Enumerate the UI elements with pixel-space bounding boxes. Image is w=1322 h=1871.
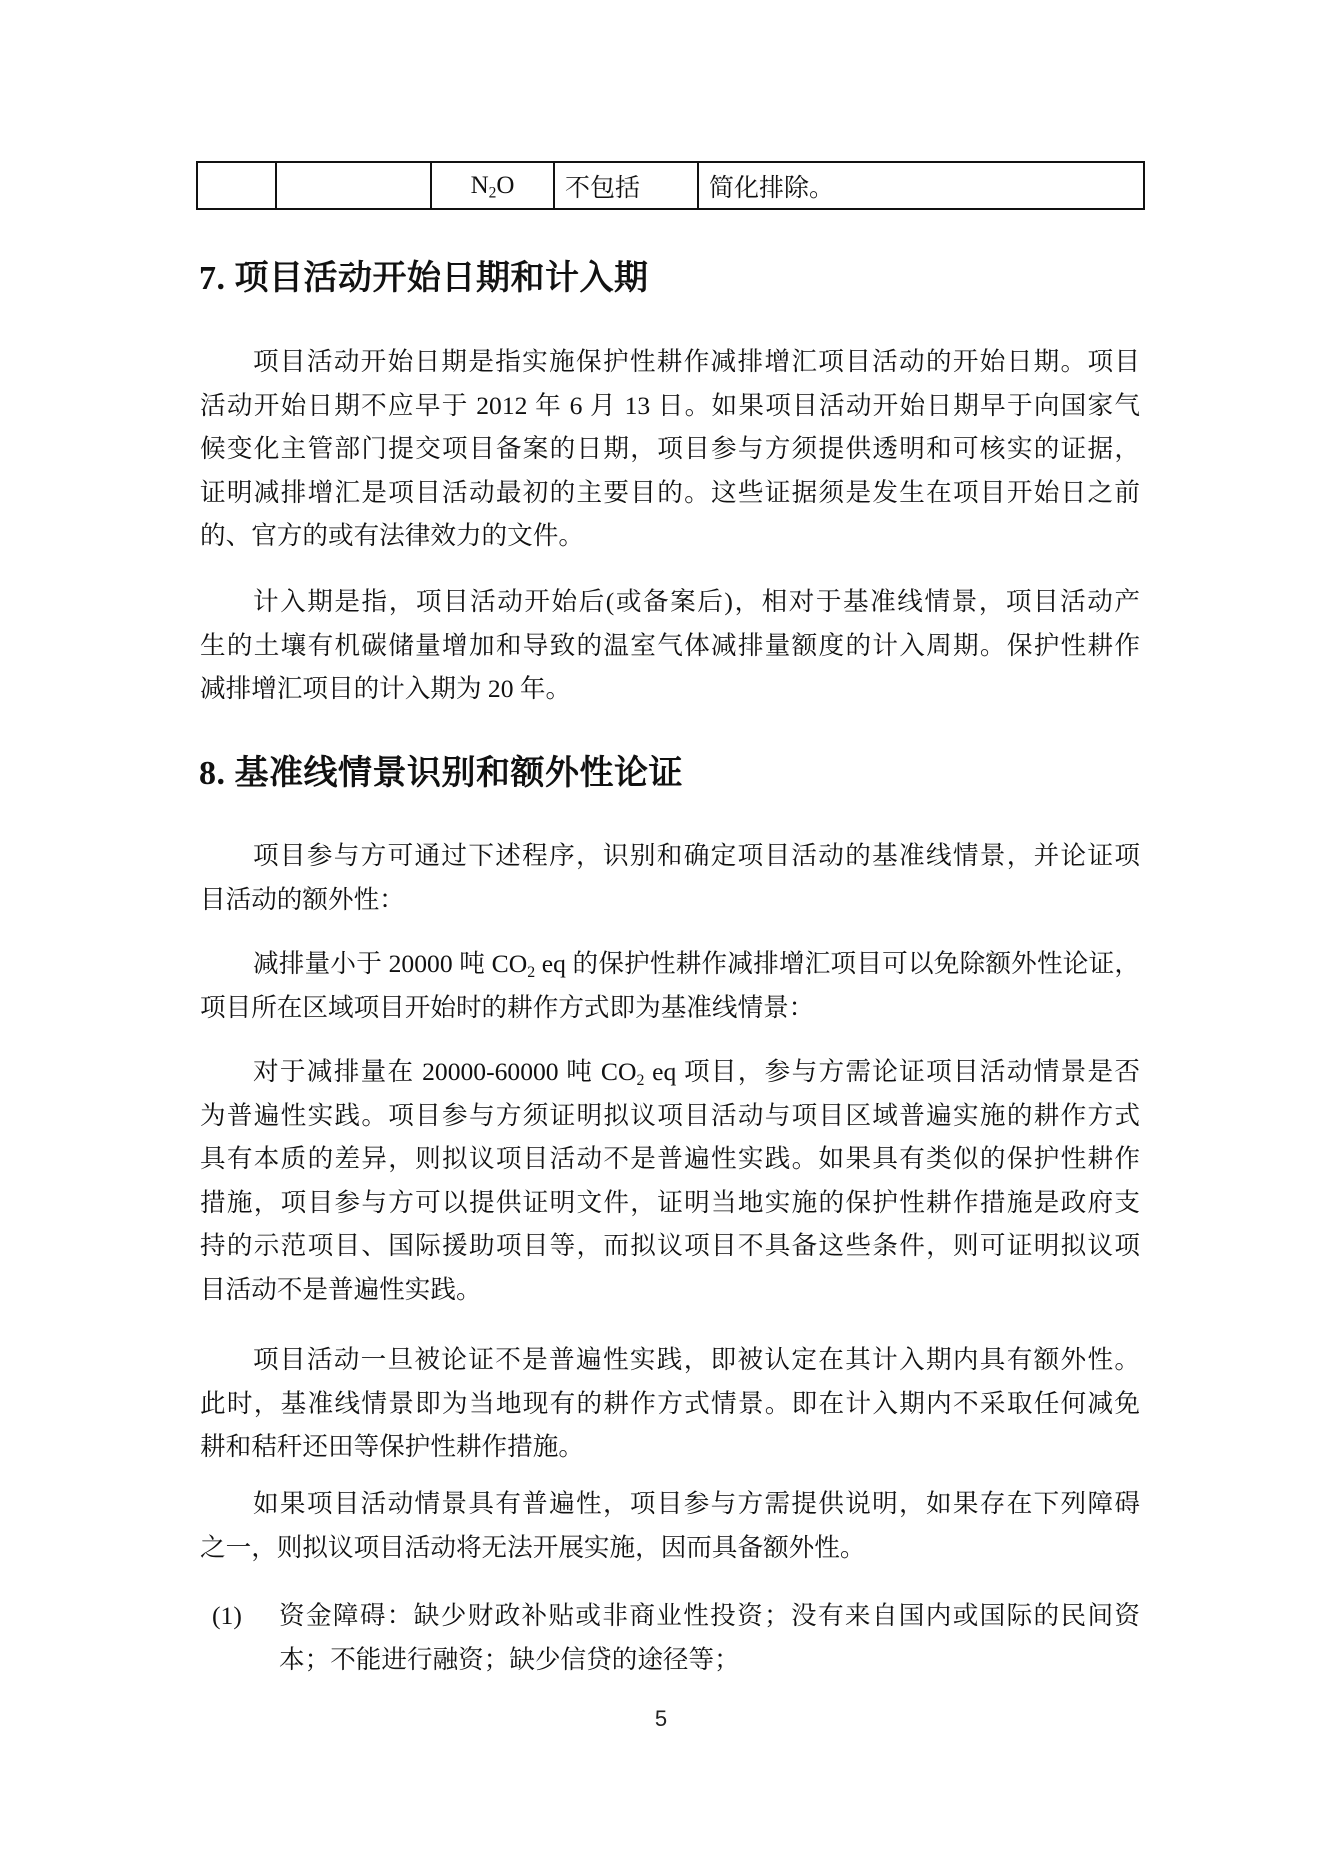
section-8-paragraph-1: 项目参与方可通过下述程序，识别和确定项目活动的基准线情景，并论证项 目活动的额外…: [200, 834, 1140, 921]
section-8-paragraph-3: 对于减排量在 20000-60000 吨 CO2 eq 项目，参与方需论证项目活…: [200, 1050, 1140, 1312]
page-number: 5: [0, 1706, 1322, 1732]
text-line: 此时，基准线情景即为当地现有的耕作方式情景。即在计入期内不采取任何减免: [200, 1382, 1140, 1426]
text-line: 证明减排增汇是项目活动最初的主要目的。这些证据须是发生在项目开始日之前: [200, 471, 1140, 515]
text-line: 项目参与方可通过下述程序，识别和确定项目活动的基准线情景，并论证项: [200, 834, 1140, 878]
text-line: 计入期是指，项目活动开始后(或备案后)，相对于基准线情景，项目活动产: [200, 580, 1140, 624]
table-cell-inclusion: 不包括: [554, 162, 698, 209]
text-segment: eq 项目，参与方需论证项目活动情景是否: [644, 1057, 1140, 1086]
text-line: 目活动的额外性：: [200, 878, 1140, 922]
text-line: 耕和秸秆还田等保护性耕作措施。: [200, 1425, 1140, 1469]
text-line: 生的土壤有机碳储量增加和导致的温室气体减排量额度的计入周期。保护性耕作: [200, 624, 1140, 668]
text-line: 本；不能进行融资；缺少信贷的途径等；: [279, 1638, 1140, 1682]
text-line: 目活动不是普遍性实践。: [200, 1268, 1140, 1312]
text-line: 措施，项目参与方可以提供证明文件，证明当地实施的保护性耕作措施是政府支: [200, 1181, 1140, 1225]
text-line: 减排量小于 20000 吨 CO2 eq 的保护性耕作减排增汇项目可以免除额外性…: [200, 942, 1140, 986]
text-line: 候变化主管部门提交项目备案的日期，项目参与方须提供透明和可核实的证据，: [200, 427, 1140, 471]
text-line: 项目活动开始日期是指实施保护性耕作减排增汇项目活动的开始日期。项目: [200, 340, 1140, 384]
text-line: 为普遍性实践。项目参与方须证明拟议项目活动与项目区域普遍实施的耕作方式: [200, 1094, 1140, 1138]
section-8-paragraph-2: 减排量小于 20000 吨 CO2 eq 的保护性耕作减排增汇项目可以免除额外性…: [200, 942, 1140, 1029]
text-line: 对于减排量在 20000-60000 吨 CO2 eq 项目，参与方需论证项目活…: [200, 1050, 1140, 1094]
table-row: N2O 不包括 简化排除。: [197, 162, 1144, 209]
text-line: 具有本质的差异，则拟议项目活动不是普遍性实践。如果具有类似的保护性耕作: [200, 1137, 1140, 1181]
gas-o: O: [496, 172, 514, 199]
text-line: 减排增汇项目的计入期为 20 年。: [200, 667, 1140, 711]
text-segment: 减排量小于 20000 吨 CO: [253, 949, 527, 978]
text-line: 资金障碍：缺少财政补贴或非商业性投资；没有来自国内或国际的民间资: [279, 1594, 1140, 1638]
section-8-paragraph-4: 项目活动一旦被论证不是普遍性实践，即被认定在其计入期内具有额外性。 此时，基准线…: [200, 1338, 1140, 1469]
text-line: 活动开始日期不应早于 2012 年 6 月 13 日。如果项目活动开始日期早于向…: [200, 384, 1140, 428]
text-segment: 对于减排量在 20000-60000 吨 CO: [253, 1057, 636, 1086]
text-line: 项目所在区域项目开始时的耕作方式即为基准线情景：: [200, 986, 1140, 1030]
text-line: 的、官方的或有法律效力的文件。: [200, 514, 1140, 558]
section-7-paragraph-1: 项目活动开始日期是指实施保护性耕作减排增汇项目活动的开始日期。项目 活动开始日期…: [200, 340, 1140, 558]
gas-n: N: [471, 172, 489, 199]
section-8-heading: 8. 基准线情景识别和额外性论证: [199, 745, 683, 794]
document-page: N2O 不包括 简化排除。 7. 项目活动开始日期和计入期 项目活动开始日期是指…: [0, 0, 1322, 1871]
section-7-heading: 7. 项目活动开始日期和计入期: [199, 250, 649, 299]
table-cell-gas: N2O: [431, 162, 554, 209]
gas-inclusion-table: N2O 不包括 简化排除。: [196, 161, 1145, 210]
text-line: 持的示范项目、国际援助项目等，而拟议项目不具备这些条件，则可证明拟议项: [200, 1224, 1140, 1268]
list-item-body: 资金障碍：缺少财政补贴或非商业性投资；没有来自国内或国际的民间资 本；不能进行融…: [279, 1594, 1140, 1681]
section-7-paragraph-2: 计入期是指，项目活动开始后(或备案后)，相对于基准线情景，项目活动产 生的土壤有…: [200, 580, 1140, 711]
table-cell-justification: 简化排除。: [698, 162, 1144, 209]
text-line: 项目活动一旦被论证不是普遍性实践，即被认定在其计入期内具有额外性。: [200, 1338, 1140, 1382]
text-line: 之一，则拟议项目活动将无法开展实施，因而具备额外性。: [200, 1526, 1140, 1570]
section-8-paragraph-5: 如果项目活动情景具有普遍性，项目参与方需提供说明，如果存在下列障碍 之一，则拟议…: [200, 1482, 1140, 1569]
text-segment: eq 的保护性耕作减排增汇项目可以免除额外性论证，: [535, 949, 1140, 978]
list-number: (1): [212, 1594, 242, 1638]
table-cell-empty-1: [197, 162, 276, 209]
text-line: 如果项目活动情景具有普遍性，项目参与方需提供说明，如果存在下列障碍: [200, 1482, 1140, 1526]
table-cell-empty-2: [276, 162, 431, 209]
co2-subscript: 2: [527, 964, 535, 981]
